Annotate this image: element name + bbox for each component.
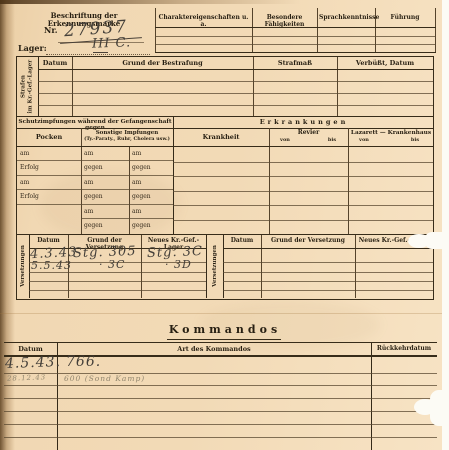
vacc-cell: am bbox=[132, 179, 141, 186]
traits-col-languages: Sprachkenntnisse bbox=[319, 15, 373, 22]
grid-line bbox=[17, 146, 173, 147]
punishments-side-label: Strafen im Kr.-Gef.-Lager bbox=[20, 57, 33, 117]
transfers-col-datum: Datum bbox=[223, 238, 261, 245]
kommando-entry-art: 600 (Sond Kamp) bbox=[64, 374, 145, 383]
grid-line bbox=[348, 128, 349, 234]
grid-line bbox=[317, 8, 318, 53]
grid-line bbox=[17, 175, 173, 176]
grid-line bbox=[223, 272, 433, 273]
vacc-cell: am bbox=[20, 179, 29, 186]
vacc-cell: gegen bbox=[84, 222, 103, 229]
scan-right-margin bbox=[442, 0, 449, 450]
transfer-entry-grund: · 3C bbox=[99, 258, 125, 271]
kommandos-col-art: Art des Kommandos bbox=[57, 346, 371, 353]
paper-tear bbox=[408, 234, 430, 248]
kommandos-table: Datum Art des Kommandos Rückkehrdatum 4.… bbox=[4, 342, 437, 450]
kommandos-col-datum: Datum bbox=[4, 346, 57, 353]
grid-line bbox=[141, 235, 142, 298]
lager-roman-underline bbox=[93, 52, 108, 53]
vacc-cell: gegen bbox=[84, 164, 103, 171]
kommando-entry-datum: 4.5.43. bbox=[5, 354, 62, 372]
illnesses-lazarett-bis: bis bbox=[405, 138, 425, 144]
grid-line bbox=[371, 343, 372, 450]
vaccinations-col-sonstige: Sonstige Impfungen (Ty.-Paraty., Ruhr, C… bbox=[81, 130, 173, 143]
vaccinations-illnesses-table: Schutzimpfungen während der Gefangenscha… bbox=[16, 117, 434, 235]
punishments-col-datum: Datum bbox=[38, 60, 72, 67]
grid-line bbox=[261, 235, 262, 298]
transfers-table: Versetzungen Datum Grund der Versetzung … bbox=[16, 235, 434, 300]
grid-line bbox=[155, 27, 436, 28]
grid-line bbox=[155, 52, 436, 53]
grid-line bbox=[38, 69, 433, 70]
grid-line bbox=[173, 220, 433, 221]
transfer-entry-neues: · 3D bbox=[165, 258, 192, 271]
fold-crease bbox=[0, 313, 442, 314]
grid-line bbox=[223, 281, 433, 282]
kommando-entry-art: 766. bbox=[66, 354, 101, 370]
grid-line bbox=[4, 424, 437, 425]
grid-line bbox=[4, 385, 437, 386]
scan-top-edge-shadow bbox=[0, 0, 300, 4]
kommandos-title: Kommandos bbox=[145, 324, 305, 336]
grid-line bbox=[38, 105, 433, 106]
grid-line bbox=[29, 281, 206, 282]
grid-line bbox=[173, 162, 433, 163]
lager-handwritten-value: III C. bbox=[92, 35, 132, 51]
transfers-side-label-right: Versetzungen bbox=[212, 238, 218, 294]
sonstige-line2: (Ty.-Paraty., Ruhr, Cholera usw.) bbox=[84, 136, 170, 142]
grid-line bbox=[173, 176, 433, 177]
grid-line bbox=[173, 191, 433, 192]
punishments-col-verbuesst: Verbüßt, Datum bbox=[337, 60, 433, 67]
lager-label: Lager: bbox=[18, 44, 48, 53]
illnesses-revier-von: von bbox=[275, 138, 295, 144]
illnesses-revier-bis: bis bbox=[322, 138, 342, 144]
grid-line bbox=[38, 81, 433, 82]
grid-line bbox=[223, 290, 433, 291]
punishments-side-label-line2: im Kr.-Gef.-Lager bbox=[27, 60, 33, 113]
illnesses-lazarett-von: von bbox=[354, 138, 374, 144]
illnesses-title: Erkrankungen bbox=[173, 119, 435, 126]
transfer-entry-datum: 5.5.43 bbox=[31, 259, 72, 272]
vacc-cell: am bbox=[84, 150, 93, 157]
kommandos-title-underline bbox=[167, 339, 281, 340]
nr-label: Nr. bbox=[44, 26, 62, 35]
paper-tear bbox=[414, 399, 436, 415]
vacc-cell: am bbox=[84, 208, 93, 215]
grid-line bbox=[17, 189, 173, 190]
vacc-cell: gegen bbox=[132, 164, 151, 171]
traits-col-conduct: Führung bbox=[377, 15, 433, 22]
grid-line bbox=[29, 272, 206, 273]
id-block: Beschriftung der Erkennungsmarke Nr. 279… bbox=[14, 6, 154, 56]
grid-line bbox=[435, 8, 436, 53]
grid-line bbox=[223, 262, 433, 263]
illnesses-col-lazarett: Lazarett — Krankenhaus bbox=[348, 130, 434, 136]
vacc-cell: am bbox=[20, 150, 29, 157]
transfers-side-label-left: Versetzungen bbox=[20, 238, 26, 294]
grid-line bbox=[17, 160, 173, 161]
vacc-cell: gegen bbox=[132, 193, 151, 200]
grid-line bbox=[29, 290, 206, 291]
grid-line bbox=[4, 437, 437, 438]
vacc-cell: gegen bbox=[132, 222, 151, 229]
grid-line bbox=[4, 411, 437, 412]
punishments-col-strafmass: Strafmaß bbox=[253, 60, 337, 67]
grid-line bbox=[355, 235, 356, 298]
scanned-pow-record-card: { "colors": { "paper": "#f2dab6", "ink":… bbox=[0, 0, 449, 450]
grid-line bbox=[173, 146, 433, 147]
punishments-col-grund: Grund der Bestrafung bbox=[72, 60, 253, 67]
vacc-cell: am bbox=[84, 179, 93, 186]
vaccinations-col-pocken: Pocken bbox=[17, 134, 81, 141]
grid-line bbox=[173, 205, 433, 206]
grid-line bbox=[155, 44, 436, 45]
illnesses-col-revier: Revier bbox=[269, 130, 348, 137]
traits-table: Charaktereigenschaften u. a. Besondere F… bbox=[155, 8, 436, 53]
grid-line bbox=[223, 248, 433, 249]
lager-dotted-line bbox=[46, 54, 150, 55]
grid-line bbox=[4, 398, 437, 399]
vacc-cell: am bbox=[132, 150, 141, 157]
vacc-cell: Erfolg bbox=[20, 193, 39, 200]
punishments-table: Strafen im Kr.-Gef.-Lager Datum Grund de… bbox=[16, 56, 434, 117]
grid-line bbox=[155, 36, 436, 37]
transfers-col-grund: Grund der Versetzung bbox=[261, 238, 355, 245]
kommando-entry-datum: 28.12.43 bbox=[7, 373, 46, 382]
punishments-side-label-line1: Strafen bbox=[20, 75, 26, 98]
grid-line bbox=[17, 128, 173, 129]
grid-line bbox=[206, 235, 207, 298]
grid-line bbox=[269, 128, 270, 234]
grid-line bbox=[155, 8, 156, 53]
vacc-cell: gegen bbox=[84, 193, 103, 200]
grid-line bbox=[38, 93, 433, 94]
transfers-col-datum: Datum bbox=[29, 238, 68, 245]
illnesses-col-krankheit: Krankheit bbox=[173, 134, 269, 141]
grid-line bbox=[252, 8, 253, 53]
vacc-cell: Erfolg bbox=[20, 164, 39, 171]
grid-line bbox=[81, 218, 173, 219]
kommandos-col-rueckkehr: Rückkehrdatum bbox=[371, 346, 437, 353]
grid-line bbox=[17, 204, 173, 205]
vacc-cell: am bbox=[132, 208, 141, 215]
